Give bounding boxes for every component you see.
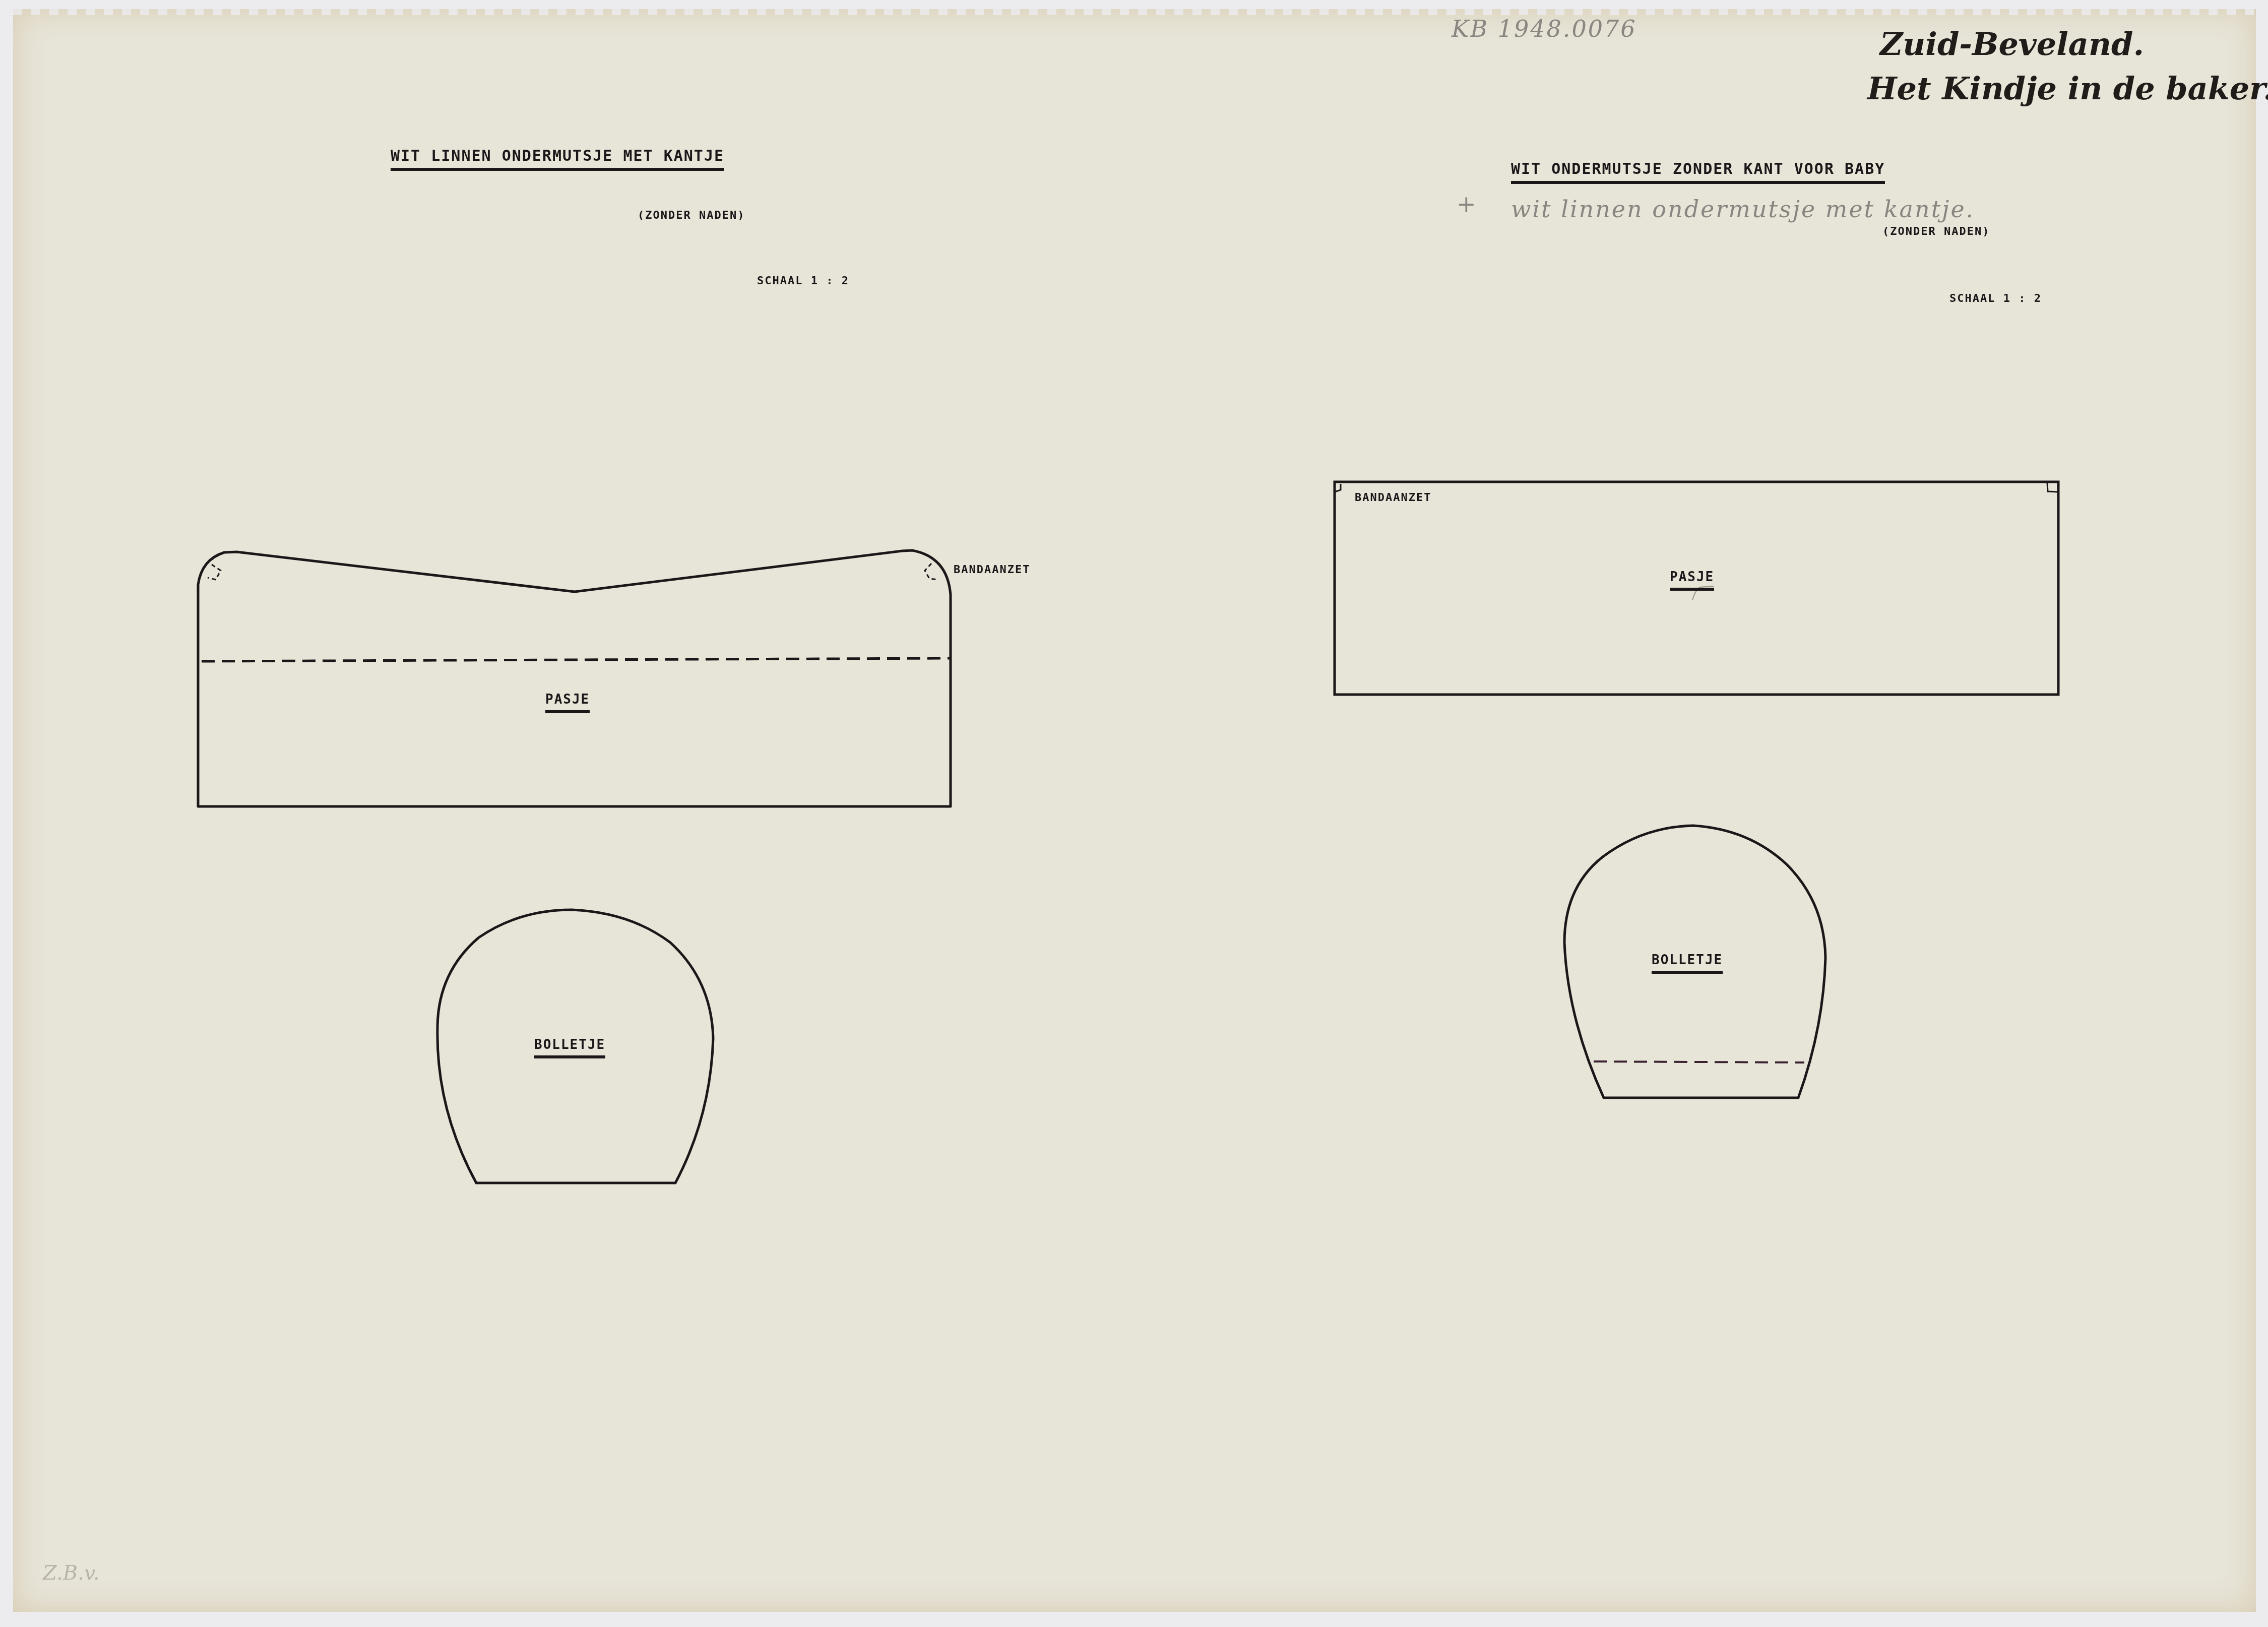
- right-yoke-label: PASJE: [1670, 570, 1714, 591]
- region-title-line1: Zuid-Beveland.: [1880, 26, 2144, 62]
- left-yoke-label: PASJE: [545, 692, 590, 713]
- left-yoke-piece: [198, 550, 951, 806]
- pattern-drawings: [0, 0, 2268, 1627]
- left-yoke-marker-label: BANDAANZET: [954, 564, 1030, 576]
- pencil-plus-mark: +: [1457, 191, 1478, 218]
- right-pattern-title: WIT ONDERMUTSJE ZONDER KANT VOOR BABY: [1511, 160, 1885, 184]
- right-pattern-scale: SCHAAL 1 : 2: [1949, 292, 2042, 305]
- left-pattern-title: WIT LINNEN ONDERMUTSJE MET KANTJE: [391, 147, 724, 171]
- bottom-left-note: Z.B.v.: [43, 1561, 99, 1585]
- pencil-addition-note: wit linnen ondermutsje met kantje.: [1511, 196, 1975, 223]
- region-title-line2: Het Kindje in de baker.: [1867, 71, 2268, 106]
- right-yoke-marker-label: BANDAANZET: [1355, 491, 1431, 504]
- right-crown-label: BOLLETJE: [1652, 953, 1723, 974]
- left-pattern-scale: SCHAAL 1 : 2: [757, 275, 849, 287]
- left-crown-label: BOLLETJE: [534, 1037, 605, 1058]
- left-pattern-subtitle: (ZONDER NADEN): [638, 209, 745, 222]
- right-pattern-subtitle: (ZONDER NADEN): [1882, 225, 1990, 238]
- inventory-number: KB 1948.0076: [1452, 15, 1637, 42]
